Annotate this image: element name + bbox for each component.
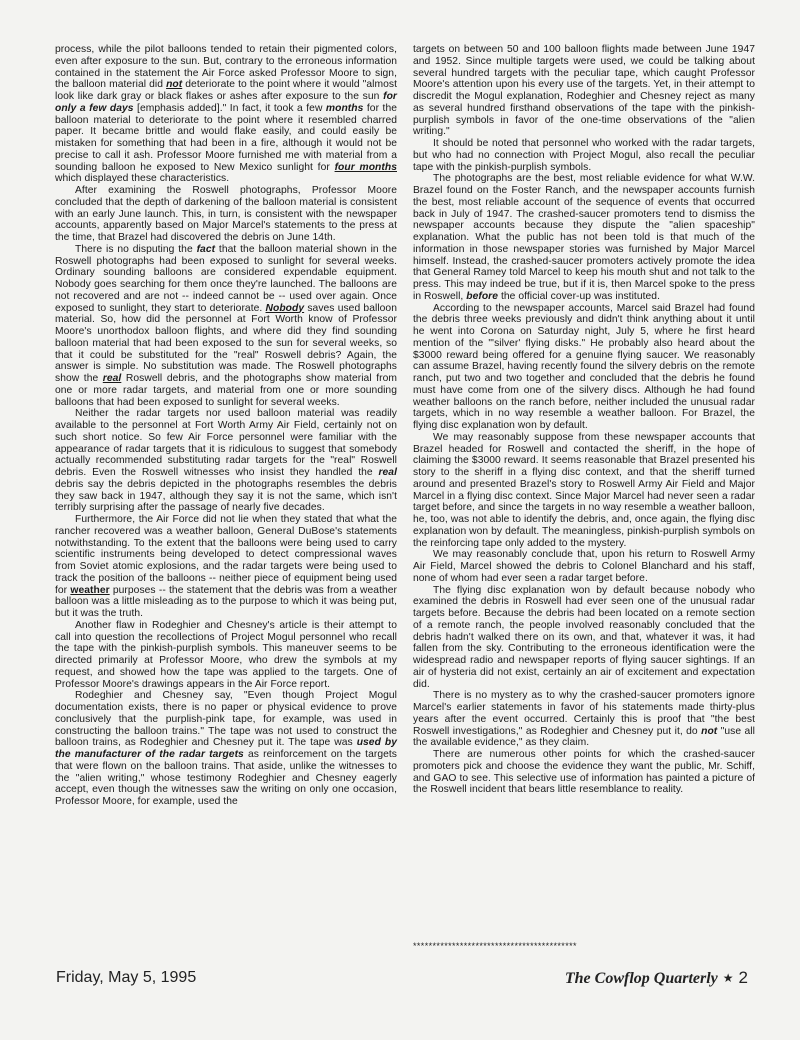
paragraph: According to the newspaper accounts, Mar… bbox=[413, 303, 755, 432]
emphasis-text: not bbox=[701, 726, 717, 737]
text: The photographs are the best, most relia… bbox=[413, 173, 755, 302]
emphasis-text: real bbox=[103, 373, 122, 384]
paragraph: process, while the pilot balloons tended… bbox=[55, 44, 397, 185]
paragraph: It should be noted that personnel who wo… bbox=[413, 138, 755, 173]
page-number: 2 bbox=[739, 968, 748, 987]
paragraph: We may reasonably suppose from these new… bbox=[413, 432, 755, 550]
paragraph: The photographs are the best, most relia… bbox=[413, 173, 755, 302]
emphasis-text: before bbox=[466, 291, 498, 302]
right-column: targets on between 50 and 100 balloon fl… bbox=[413, 44, 755, 796]
paragraph: Another flaw in Rodeghier and Chesney's … bbox=[55, 620, 397, 691]
emphasis-text: Nobody bbox=[266, 303, 305, 314]
footer-publication: The Cowflop Quarterly★2 bbox=[565, 968, 748, 988]
left-column: process, while the pilot balloons tended… bbox=[55, 44, 397, 808]
text: the official cover-up was instituted. bbox=[498, 291, 660, 302]
emphasis-text: fact bbox=[197, 244, 216, 255]
paragraph: There is no disputing the fact that the … bbox=[55, 244, 397, 409]
emphasis-text: not bbox=[166, 79, 182, 90]
paragraph: We may reasonably conclude that, upon hi… bbox=[413, 549, 755, 584]
star-icon: ★ bbox=[723, 971, 734, 985]
newsletter-page: process, while the pilot balloons tended… bbox=[0, 0, 800, 1040]
text: [emphasis added]." In fact, it took a fe… bbox=[134, 103, 326, 114]
paragraph: There is no mystery as to why the crashe… bbox=[413, 690, 755, 749]
emphasis-text: months bbox=[326, 103, 363, 114]
paragraph: The flying disc explanation won by defau… bbox=[413, 585, 755, 691]
publication-title: The Cowflop Quarterly bbox=[565, 970, 718, 987]
text: Rodeghier and Chesney say, "Even though … bbox=[55, 690, 397, 748]
footer-date: Friday, May 5, 1995 bbox=[56, 969, 196, 987]
paragraph: There are numerous other points for whic… bbox=[413, 749, 755, 796]
star-divider: ****************************************… bbox=[413, 941, 755, 951]
text: There is no disputing the bbox=[75, 244, 197, 255]
text: saves used balloon material. So, how did… bbox=[55, 303, 397, 385]
paragraph: Furthermore, the Air Force did not lie w… bbox=[55, 514, 397, 620]
paragraph: After examining the Roswell photographs,… bbox=[55, 185, 397, 244]
paragraph: Neither the radar targets nor used ballo… bbox=[55, 408, 397, 514]
emphasis-text: weather bbox=[70, 585, 109, 596]
text: Furthermore, the Air Force did not lie w… bbox=[55, 514, 397, 596]
emphasis-text: four months bbox=[335, 162, 397, 173]
emphasis-text: real bbox=[378, 467, 397, 478]
paragraph: targets on between 50 and 100 balloon fl… bbox=[413, 44, 755, 138]
text: debris say the debris depicted in the ph… bbox=[55, 479, 397, 514]
text: Neither the radar targets nor used ballo… bbox=[55, 408, 397, 478]
paragraph: Rodeghier and Chesney say, "Even though … bbox=[55, 690, 397, 808]
text: which displayed these characteristics. bbox=[55, 173, 229, 184]
